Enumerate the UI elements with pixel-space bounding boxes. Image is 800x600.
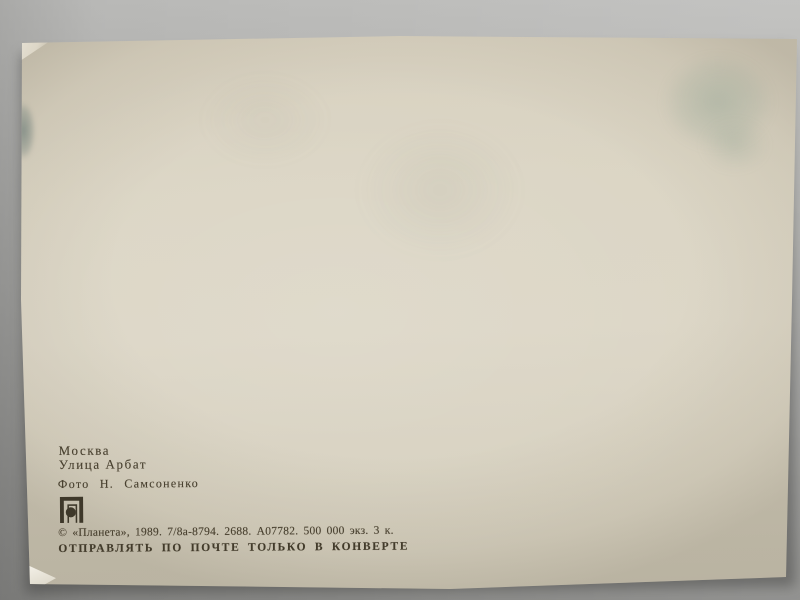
caption-block: Москва Улица Арбат Фото Н. Самсоненко © … [0,0,800,600]
planeta-publisher-logo-icon [59,496,84,523]
postcard-back: Москва Улица Арбат Фото Н. Самсоненко © … [0,0,800,600]
imprint-text: © «Планета», 1989. 7/8а-8794. 2688. А077… [58,525,394,539]
photo-credit: Фото Н. Самсоненко [58,476,199,492]
mailing-notice: ОТПРАВЛЯТЬ ПО ПОЧТЕ ТОЛЬКО В КОНВЕРТЕ [58,541,409,555]
photo-scene: Москва Улица Арбат Фото Н. Самсоненко © … [0,0,800,600]
caption-street: Улица Арбат [59,456,148,473]
